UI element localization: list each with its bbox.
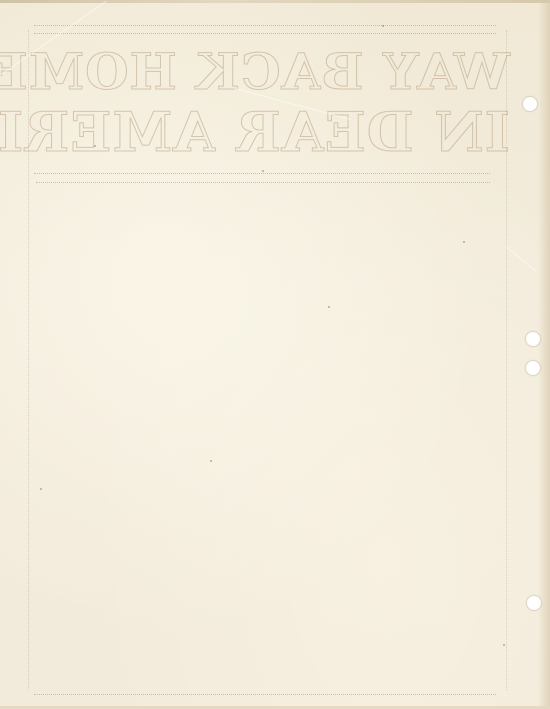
paper-speck (463, 241, 465, 243)
frame-line-bottom (34, 694, 496, 695)
paper-speck (210, 460, 212, 462)
punch-hole (523, 97, 537, 111)
paper-top-edge (0, 0, 550, 3)
showthrough-title-line-1: WAY BACK HOME (40, 44, 510, 100)
punch-hole (526, 361, 540, 375)
paper-sheet: WAY BACK HOME IN DEAR AMERICA (0, 0, 550, 709)
frame-line-top-2 (34, 33, 496, 34)
paper-speck (382, 25, 384, 27)
showthrough-title-line-2: IN DEAR AMERICA (40, 102, 510, 162)
frame-line-mid-1 (34, 173, 490, 174)
paper-speck (40, 488, 42, 490)
punch-hole (527, 596, 541, 610)
frame-line-mid-2 (36, 182, 490, 183)
paper-speck (262, 170, 264, 172)
paper-speck (328, 306, 330, 308)
paper-speck (503, 644, 505, 646)
paper-speck (94, 145, 96, 147)
punch-hole (526, 332, 540, 346)
frame-line-top-1 (34, 25, 496, 26)
paper-crease (505, 245, 536, 271)
